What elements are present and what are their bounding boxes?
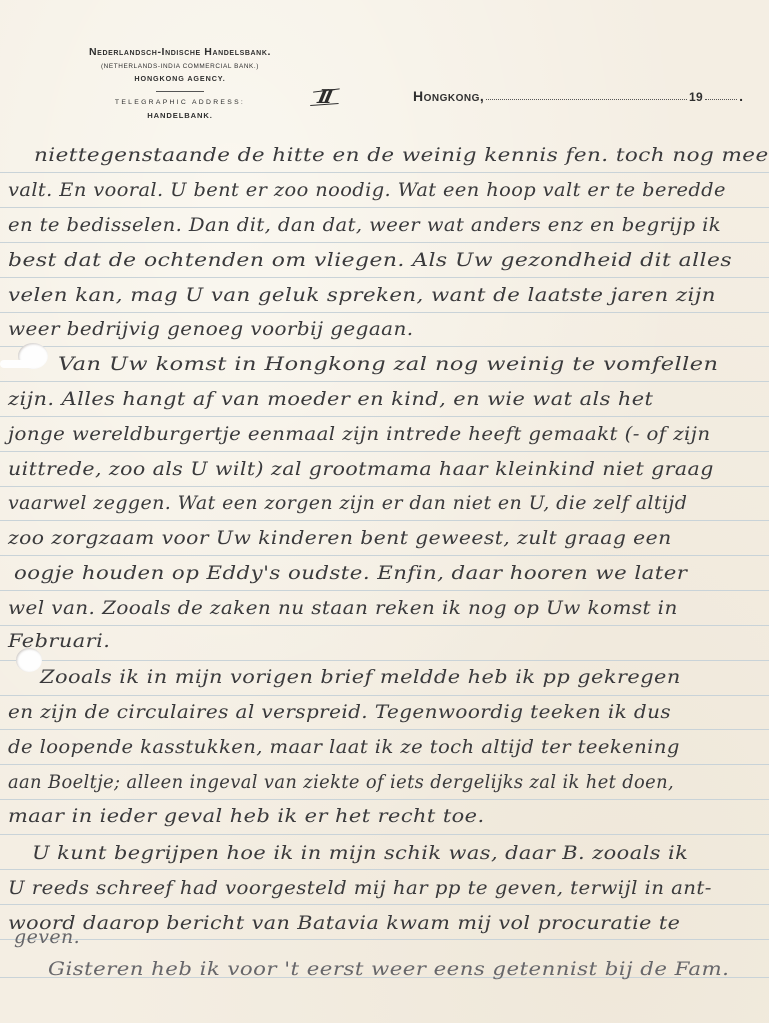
dateline-period: . — [739, 88, 743, 104]
ruled-line — [0, 416, 769, 417]
dateline-blank — [486, 98, 687, 100]
punch-hole — [16, 648, 42, 672]
handwritten-line: oogje houden op Eddy's oudste. Enfin, da… — [14, 562, 687, 584]
handwritten-line: Gisteren heb ik voor 't eerst weer eens … — [48, 958, 729, 980]
agency-name: Hongkong Agency. — [30, 74, 330, 84]
handwritten-line: uittrede, zoo als U wilt) zal grootmama … — [8, 458, 714, 480]
ruled-line — [0, 381, 769, 382]
ruled-line — [0, 834, 769, 835]
handwritten-line: en te bedisselen. Dan dit, dan dat, weer… — [8, 214, 721, 236]
ruled-line — [0, 451, 769, 452]
letter-page: Nederlandsch-Indische Handelsbank. (Neth… — [0, 0, 769, 1023]
ruled-line — [0, 242, 769, 243]
ruled-line — [0, 729, 769, 730]
handwritten-line: best dat de ochtenden om vliegen. Als Uw… — [8, 249, 732, 271]
handwritten-line: U kunt begrijpen hoe ik in mijn schik wa… — [32, 842, 688, 864]
handwritten-line: woord daarop bericht van Batavia kwam mi… — [8, 912, 680, 934]
handwritten-line: zijn. Alles hangt af van moeder en kind,… — [8, 388, 653, 410]
dateline-city: Hongkong, — [413, 88, 484, 104]
dateline: Hongkong, 19 . — [413, 84, 743, 104]
handwritten-line: U reeds schreef had voorgesteld mij har … — [8, 877, 712, 899]
handwritten-line: weer bedrijvig genoeg voorbij gegaan. — [8, 318, 414, 340]
ruled-line — [0, 904, 769, 905]
ruled-line — [0, 590, 769, 591]
punch-hole-tear — [0, 360, 34, 368]
letterhead-divider — [156, 91, 204, 92]
handwritten-line: geven. — [14, 926, 80, 948]
ruled-line — [0, 939, 769, 940]
handwritten-line: Van Uw komst in Hongkong zal nog weinig … — [58, 353, 718, 375]
ruled-line — [0, 486, 769, 487]
handwritten-line: de loopende kasstukken, maar laat ik ze … — [8, 736, 680, 758]
ruled-line — [0, 695, 769, 696]
handwritten-line: wel van. Zooals de zaken nu staan reken … — [8, 597, 678, 619]
handwritten-line: valt. En vooral. U bent er zoo noodig. W… — [8, 179, 726, 201]
ruled-line — [0, 277, 769, 278]
dateline-year-prefix: 19 — [689, 90, 703, 104]
letterhead: Nederlandsch-Indische Handelsbank. (Neth… — [30, 46, 330, 121]
ruled-line — [0, 660, 769, 661]
bank-name: Nederlandsch-Indische Handelsbank. — [30, 46, 330, 59]
ruled-line — [0, 346, 769, 347]
handwritten-line: en zijn de circulaires al verspreid. Teg… — [8, 701, 671, 723]
handwritten-line: zoo zorgzaam voor Uw kinderen bent gewee… — [8, 527, 672, 549]
bank-name-english: (Netherlands-India Commercial Bank.) — [30, 62, 330, 71]
ruled-line — [0, 207, 769, 208]
telegraphic-address: Handelbank. — [30, 111, 330, 121]
dateline-year-blank — [705, 98, 737, 100]
ruled-line — [0, 764, 769, 765]
handwritten-line: velen kan, mag U van geluk spreken, want… — [8, 284, 716, 306]
ruled-line — [0, 312, 769, 313]
ruled-line — [0, 555, 769, 556]
ruled-line — [0, 869, 769, 870]
ruled-line — [0, 520, 769, 521]
handwritten-line: aan Boeltje; alleen ingeval van ziekte o… — [8, 771, 674, 793]
ruled-line — [0, 799, 769, 800]
handwritten-line: vaarwel zeggen. Wat een zorgen zijn er d… — [8, 492, 687, 514]
handwritten-line: niettegenstaande de hitte en de weinig k… — [34, 144, 769, 166]
ruled-line — [0, 625, 769, 626]
handwritten-line: Zooals ik in mijn vorigen brief meldde h… — [40, 666, 681, 688]
telegraphic-label: Telegraphic Address: — [30, 98, 330, 108]
handwritten-line: maar in ieder geval heb ik er het recht … — [8, 805, 485, 827]
handwritten-line: jonge wereldburgertje eenmaal zijn intre… — [8, 423, 710, 445]
ruled-line — [0, 172, 769, 173]
